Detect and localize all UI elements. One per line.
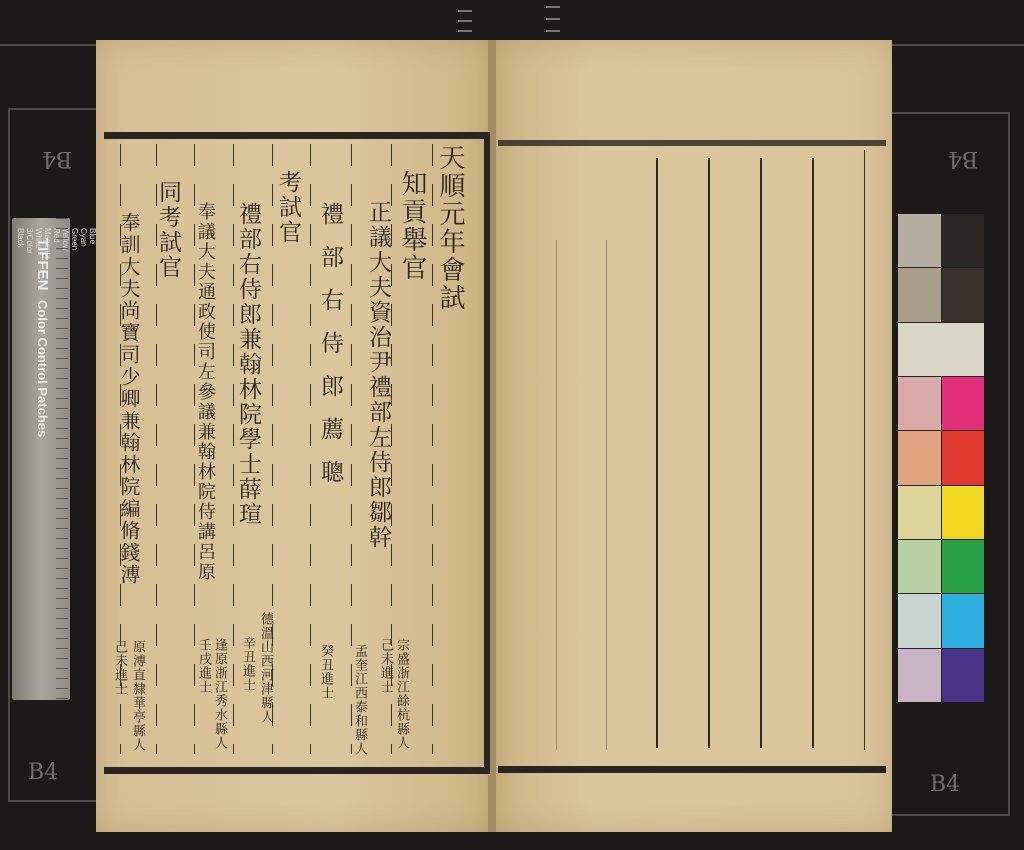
column-rule — [708, 158, 710, 748]
annotation-column: 己未進士 — [378, 638, 392, 694]
column-rule — [556, 240, 557, 750]
color-patch — [942, 486, 985, 539]
annotation-column: 辛丑進士 — [240, 636, 254, 692]
column-rule — [760, 158, 762, 748]
column-rule — [812, 158, 814, 748]
background-label: B4 — [930, 772, 960, 797]
color-patch — [942, 540, 985, 593]
color-patch — [898, 649, 941, 702]
text-column-title: 天順元年會試 — [436, 144, 464, 312]
strip-title: TIFFEN Color Control Patches — [34, 238, 51, 437]
background-label: B4 — [28, 760, 58, 785]
top-ruler-marks — [448, 0, 588, 40]
color-patch — [898, 431, 941, 484]
open-book: 天順元年會試 知貢舉官 正議大夫資治尹禮部左侍郎鄒幹 宗盛浙江餘杭縣人 己未進士… — [96, 40, 892, 832]
column-rule — [432, 144, 433, 754]
color-patch — [898, 540, 941, 593]
text-column: 奉訓大夫尚寶司少卿兼翰林院編脩錢溥 — [118, 212, 139, 586]
text-column: 知貢舉官 — [398, 170, 426, 282]
color-patch — [942, 214, 985, 267]
text-column: 正議大夫資治尹禮部左侍郎鄒幹 — [366, 200, 390, 550]
annotation-column: 壬戌進士 — [196, 638, 210, 694]
annotation-column: 德溫山西河津縣人 — [258, 612, 272, 724]
column-rule — [233, 144, 234, 754]
color-patch — [898, 594, 941, 647]
ruler-ticks — [56, 218, 68, 700]
color-patch — [898, 486, 941, 539]
column-rule — [606, 240, 607, 750]
color-patch — [942, 431, 985, 484]
annotation-column: 孟奎江西泰和縣人 — [352, 644, 366, 756]
strip-title-text: Color Control Patches — [35, 300, 50, 437]
strip-label: Cyan — [79, 228, 88, 259]
text-column: 奉議大夫通政使司左參議兼翰林院侍講呂原 — [196, 202, 215, 582]
annotation-column: 原溥直隸華亭縣人 — [130, 640, 144, 752]
strip-label: 3/Color — [25, 228, 34, 259]
color-patch — [898, 214, 941, 267]
column-rule — [310, 144, 311, 754]
column-rule — [864, 150, 865, 750]
color-patch — [898, 377, 941, 430]
background-label: B4 — [948, 146, 978, 171]
color-patch-chart — [898, 214, 984, 702]
annotation-column: 宗盛浙江餘杭縣人 — [394, 638, 408, 750]
background-label: B4 — [42, 146, 72, 171]
strip-label: Black — [16, 228, 25, 259]
color-control-strip: Blue Cyan Green Yellow Red Magenta White… — [12, 218, 70, 700]
column-rule — [656, 158, 658, 748]
text-column: 禮部右侍郎兼翰林院學士薛瑄 — [236, 202, 260, 527]
color-patch — [942, 268, 985, 321]
text-column: 禮部右侍郎薦聰 — [318, 202, 342, 503]
color-patch — [942, 594, 985, 647]
color-patch — [942, 377, 985, 430]
strip-label: Green — [70, 228, 79, 259]
annotation-column: 逢原浙江秀水縣人 — [212, 638, 226, 750]
color-patch — [942, 649, 985, 702]
annotation-column: 癸丑進士 — [318, 644, 332, 700]
color-patch — [898, 268, 941, 321]
strip-brand: TIFFEN — [34, 238, 51, 291]
text-column: 同考試官 — [156, 180, 180, 280]
strip-label: Blue — [88, 228, 97, 259]
color-patch — [898, 323, 984, 376]
text-column: 考試官 — [276, 170, 300, 245]
annotation-column: 己未進士 — [112, 640, 126, 696]
